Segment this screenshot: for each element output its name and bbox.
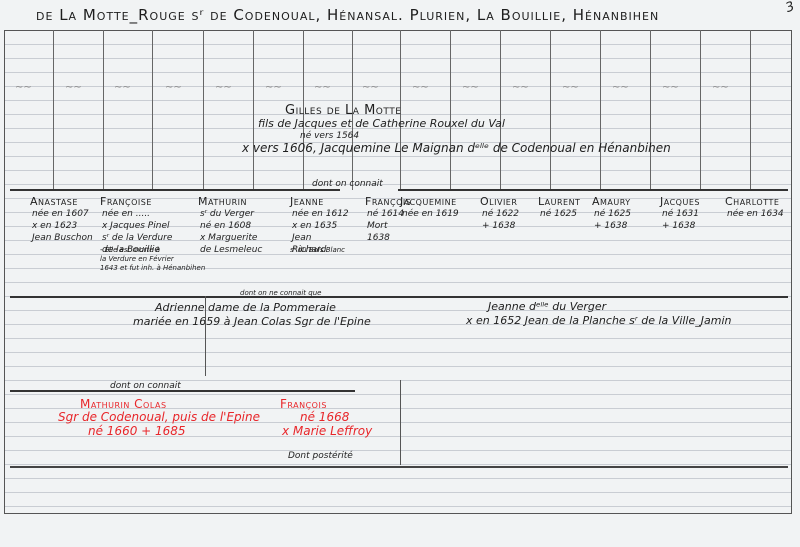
column-line <box>700 30 701 190</box>
tilde-mark: ∼∼ <box>562 82 579 88</box>
child-0-name: Anastase <box>30 195 78 208</box>
child-1-name: Françoise <box>100 195 152 208</box>
tilde-mark: ∼∼ <box>314 82 331 88</box>
children-rule <box>10 296 788 298</box>
child-5-name: Jacquemine <box>400 195 457 208</box>
ggc-divider <box>400 380 401 465</box>
child-2-line-3: de Lesmeleuc <box>200 244 262 257</box>
child-7-line-0: né 1625 <box>540 208 577 221</box>
bracket-rule-left <box>10 189 340 191</box>
genealogy-sheet: de La Motte_Rouge sʳ de Codenoual, Hénan… <box>0 0 800 547</box>
adrienne-line1: Adrienne dame de la Pommeraie <box>155 301 336 314</box>
adrienne-line2: mariée en 1659 à Jean Colas Sgr de l'Epi… <box>133 315 371 328</box>
child-6-line-1: + 1638 <box>482 220 515 233</box>
child-1-line-6: 1643 et fut inh. à Hénanbihen <box>100 262 205 275</box>
child-10-name: Charlotte <box>725 195 779 208</box>
child-6-name: Olivier <box>480 195 517 208</box>
child-8-name: Amaury <box>592 195 631 208</box>
gc-rule <box>10 390 355 392</box>
ggc-1-line-1: x Marie Leffroy <box>282 425 372 438</box>
tilde-mark: ∼∼ <box>114 82 131 88</box>
bracket-rule-right <box>398 189 788 191</box>
father-name: Gilles de La Motte <box>285 104 401 117</box>
child-4-line-2: 1638 <box>367 232 390 245</box>
ggc-0-line-1: né 1660 + 1685 <box>88 425 186 438</box>
ggc-rule <box>10 466 788 468</box>
column-line <box>750 30 751 190</box>
child-2-name: Mathurin <box>198 195 247 208</box>
francois-note: Dont postérité <box>288 450 353 463</box>
tilde-mark: ∼∼ <box>512 82 529 88</box>
tilde-mark: ∼∼ <box>265 82 282 88</box>
child-5-line-0: née en 1619 <box>402 208 459 221</box>
child-9-line-1: + 1638 <box>662 220 695 233</box>
tilde-mark: ∼∼ <box>662 82 679 88</box>
column-line <box>103 30 104 190</box>
tilde-mark: ∼∼ <box>612 82 629 88</box>
father-parents: fils de Jacques et de Catherine Rouxel d… <box>258 117 505 130</box>
jeanne-line2: x en 1652 Jean de la Planche sʳ de la Vi… <box>466 314 731 327</box>
child-3-name: Jeanne <box>290 195 324 208</box>
father-marriage: x vers 1606, Jacquemine Le Maignan dᵉˡˡᵉ… <box>242 142 671 155</box>
tilde-mark: ∼∼ <box>462 82 479 88</box>
tilde-mark: ∼∼ <box>15 82 32 88</box>
tilde-mark: ∼∼ <box>165 82 182 88</box>
page-number: 3 <box>784 0 797 16</box>
column-line <box>600 30 601 190</box>
child-7-name: Laurent <box>538 195 580 208</box>
tilde-mark: ∼∼ <box>712 82 729 88</box>
child-10-line-0: née en 1634 <box>727 208 784 221</box>
child-0-line-2: Jean Buschon <box>32 232 93 245</box>
child-3-line-4: sʳ du Bois Blanc <box>290 244 345 257</box>
jeanne-line1: Jeanne dᵉˡˡᵉ du Verger <box>488 300 606 313</box>
column-line <box>450 30 451 190</box>
column-line <box>152 30 153 190</box>
mathurin-note: dont on ne connait que <box>240 287 321 300</box>
ggc-1-line-0: né 1668 <box>300 411 349 424</box>
tilde-mark: ∼∼ <box>412 82 429 88</box>
column-line <box>53 30 54 190</box>
sheet-title: de La Motte_Rouge sʳ de Codenoual, Hénan… <box>36 6 659 24</box>
column-line <box>203 30 204 190</box>
ggc-0-line-0: Sgr de Codenoual, puis de l'Epine <box>58 411 260 424</box>
column-line <box>650 30 651 190</box>
tilde-mark: ∼∼ <box>362 82 379 88</box>
column-line <box>253 30 254 190</box>
child-9-name: Jacques <box>660 195 700 208</box>
tilde-mark: ∼∼ <box>215 82 232 88</box>
child-8-line-1: + 1638 <box>594 220 627 233</box>
gc-divider <box>205 296 206 376</box>
column-line <box>550 30 551 190</box>
tilde-mark: ∼∼ <box>65 82 82 88</box>
column-line <box>500 30 501 190</box>
